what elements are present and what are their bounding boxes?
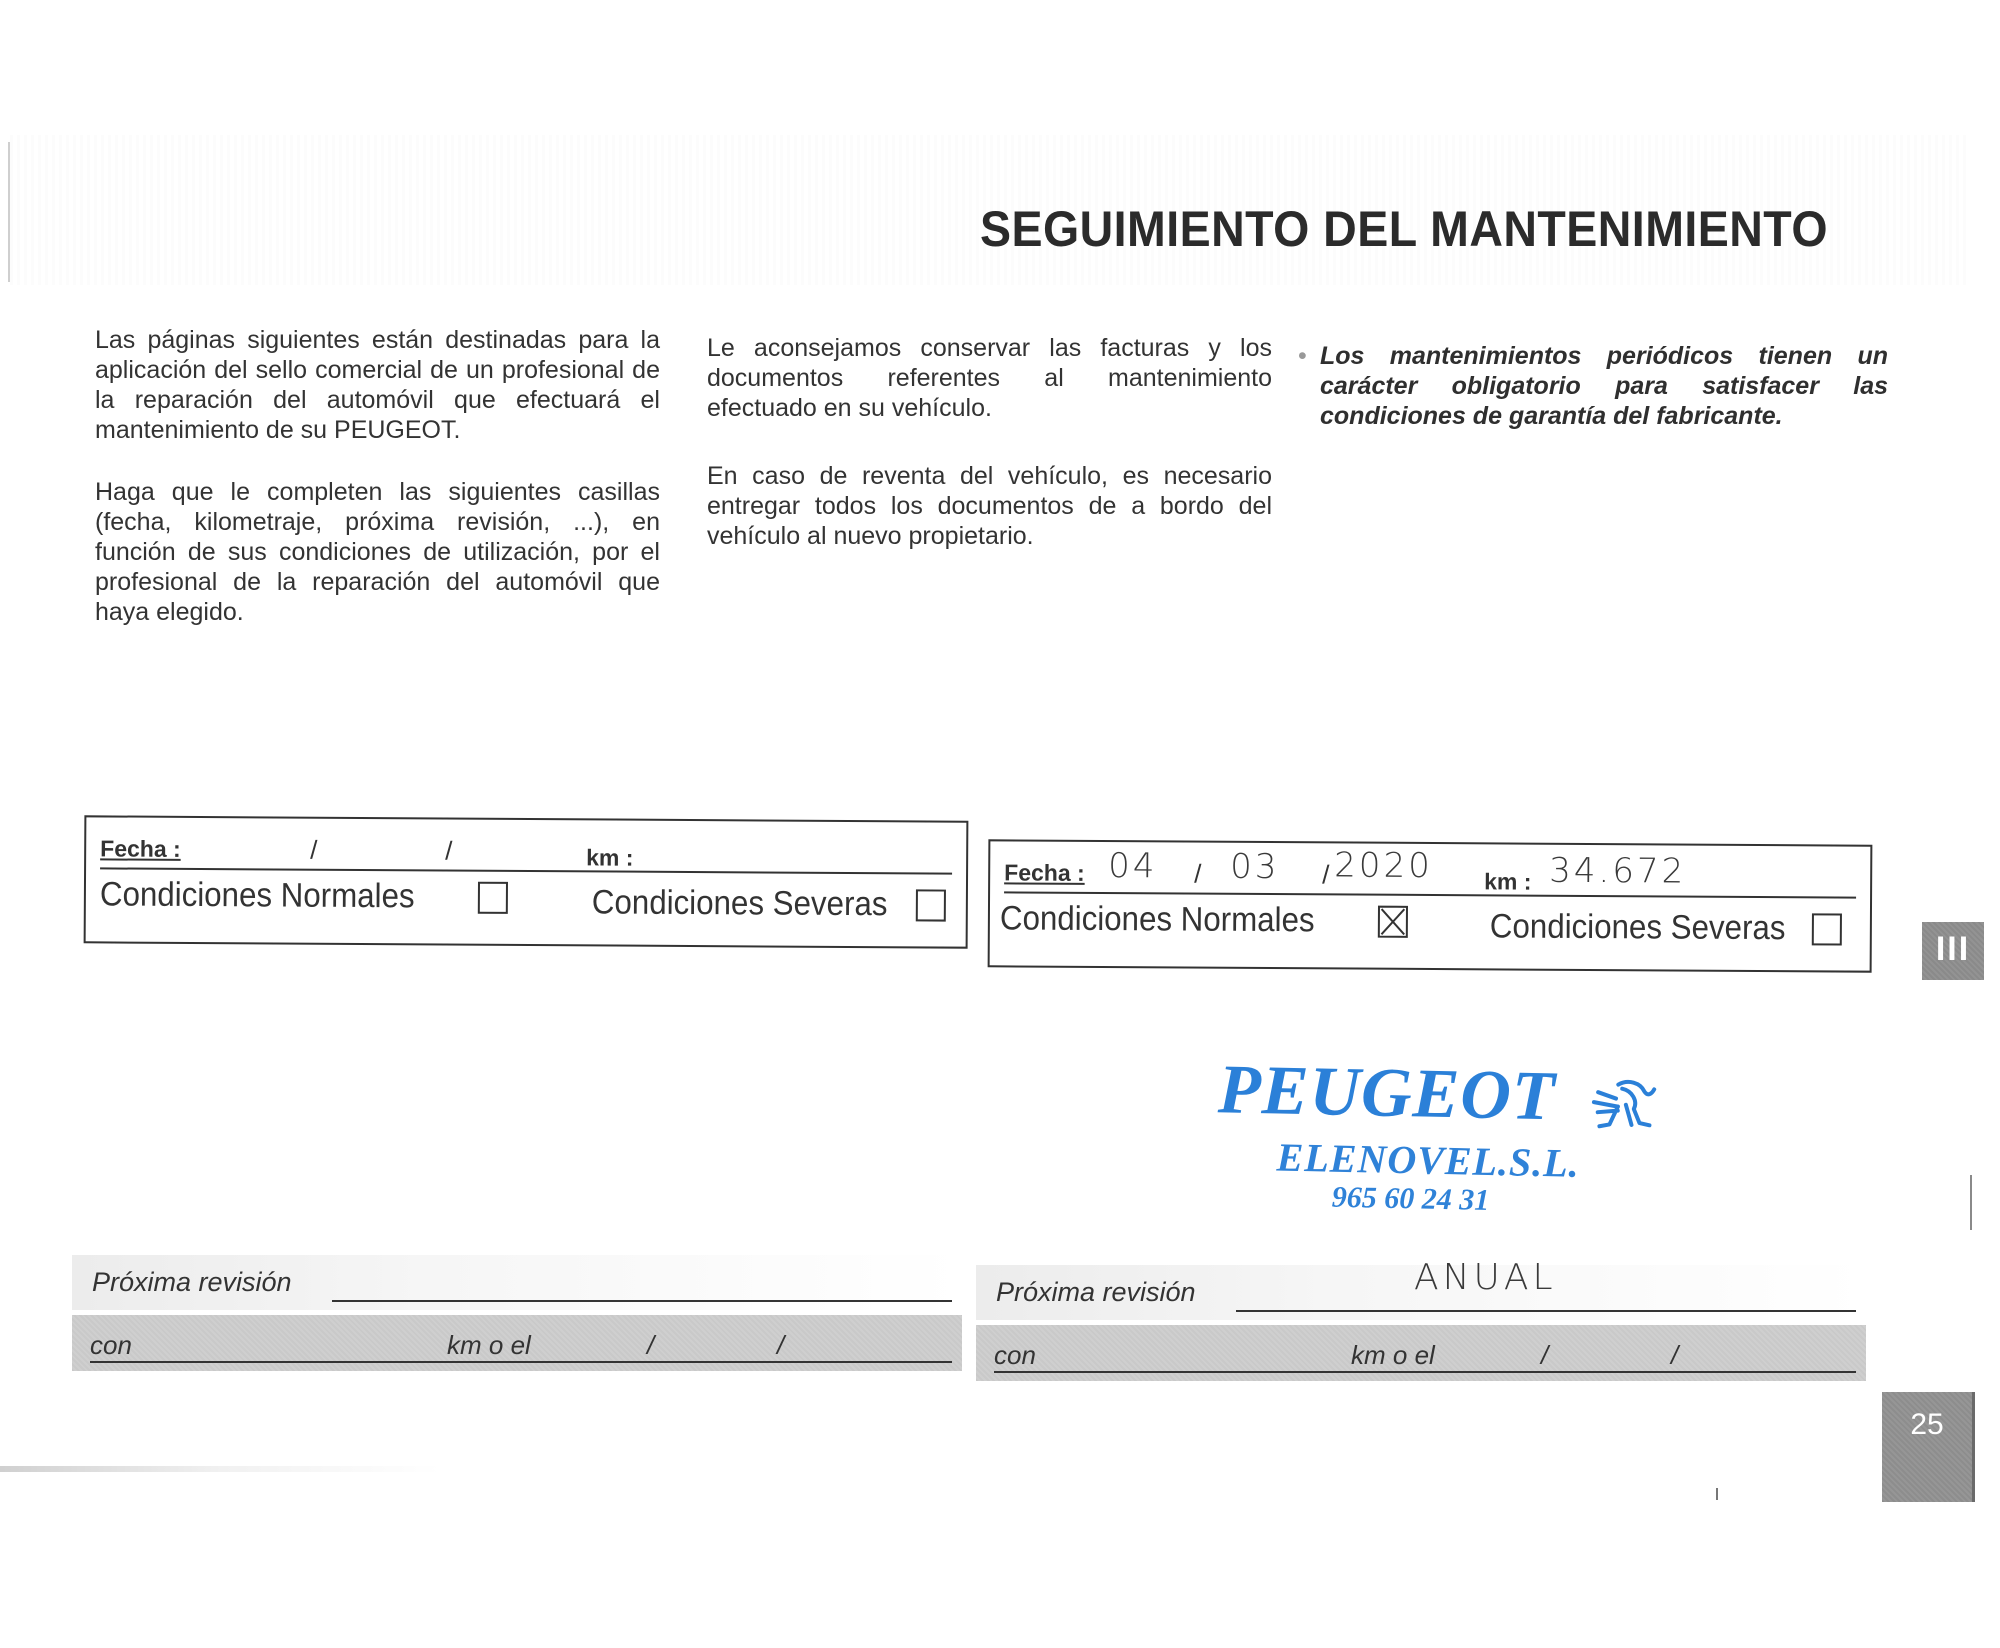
- date-label: Fecha :: [1004, 859, 1085, 886]
- page-number: 25: [1882, 1408, 1972, 1442]
- date-separator: /: [310, 835, 317, 866]
- km-or-on-label: km o el: [447, 1330, 531, 1361]
- with-label: con: [90, 1330, 132, 1361]
- with-label: con: [994, 1340, 1036, 1371]
- next-revision-line: [332, 1300, 952, 1302]
- intro-paragraph: Le aconsejamos conservar las facturas y …: [707, 333, 1272, 423]
- next-revision-label: Próxima revisión: [92, 1267, 292, 1298]
- stamp-company: ELENOVEL.S.L.: [1276, 1133, 1580, 1186]
- scan-streak: [0, 1466, 440, 1472]
- date-km-row: Fecha : / / km :: [100, 827, 952, 874]
- date-label: Fecha :: [100, 835, 181, 862]
- intro-column-1: Las páginas siguientes están destinadas …: [95, 325, 660, 627]
- next-revision-1: Próxima revisión con km o el / /: [72, 1255, 962, 1375]
- normal-conditions-label: Condiciones Normales: [1000, 899, 1315, 940]
- service-record-1: Fecha : / / km : Condiciones Normales Co…: [84, 815, 969, 948]
- scan-mark: [1716, 1488, 1718, 1500]
- date-separator: /: [1671, 1340, 1678, 1371]
- normal-conditions-checkbox[interactable]: [1378, 906, 1408, 938]
- peugeot-lion-icon: [1587, 1078, 1658, 1131]
- next-revision-field[interactable]: ANUAL: [1414, 1257, 1557, 1298]
- date-separator: /: [445, 836, 452, 867]
- severe-conditions-label: Condiciones Severas: [1490, 907, 1786, 948]
- service-record-2: Fecha : 04 / 03 / 2020 km : 34.672 Condi…: [988, 839, 1873, 972]
- intro-paragraph: Las páginas siguientes están destinadas …: [95, 325, 660, 445]
- date-month-field[interactable]: 03: [1230, 847, 1280, 887]
- warranty-note: • Los mantenimientos periódicos tienen u…: [1320, 341, 1888, 431]
- km-or-on-label: km o el: [1351, 1340, 1435, 1371]
- date-separator: /: [647, 1330, 654, 1361]
- chapter-number: III: [1922, 930, 1984, 969]
- warranty-note-text: Los mantenimientos periódicos tienen un …: [1320, 341, 1888, 431]
- date-separator: /: [1541, 1340, 1548, 1371]
- date-separator: /: [777, 1330, 784, 1361]
- page-number-tab: 25: [1882, 1392, 1975, 1502]
- next-revision-2: Próxima revisión ANUAL con km o el / /: [976, 1265, 1866, 1385]
- normal-conditions-checkbox[interactable]: [478, 882, 508, 914]
- dealer-stamp: PEUGEOT ELENOVEL.S.L. 965 60 24 31: [1213, 1050, 1677, 1240]
- next-revision-line: [1236, 1310, 1856, 1312]
- intro-paragraph: En caso de reventa del vehículo, es nece…: [707, 461, 1272, 551]
- km-label: km :: [586, 844, 633, 871]
- km-field[interactable]: 34.672: [1549, 851, 1686, 892]
- severe-conditions-label: Condiciones Severas: [592, 883, 888, 924]
- scan-edge: [8, 142, 10, 282]
- next-km-date-line: [994, 1371, 1856, 1373]
- intro-paragraph: Haga que le completen las siguientes cas…: [95, 477, 660, 627]
- next-km-date-line: [90, 1361, 952, 1363]
- date-separator: /: [1194, 859, 1201, 890]
- intro-column-2: Le aconsejamos conservar las facturas y …: [707, 333, 1272, 551]
- stamp-brand: PEUGEOT: [1217, 1050, 1556, 1137]
- bullet-icon: •: [1298, 341, 1307, 371]
- chapter-tab: III: [1922, 922, 1984, 980]
- date-day-field[interactable]: 04: [1108, 846, 1158, 886]
- normal-conditions-label: Condiciones Normales: [100, 875, 415, 916]
- scan-edge-right: [1970, 1175, 1972, 1230]
- severe-conditions-checkbox[interactable]: [916, 889, 946, 921]
- km-label: km :: [1484, 868, 1531, 895]
- date-km-row: Fecha : 04 / 03 / 2020 km : 34.672: [1004, 851, 1856, 898]
- severe-conditions-checkbox[interactable]: [1812, 913, 1842, 945]
- page-title: SEGUIMIENTO DEL MANTENIMIENTO: [980, 200, 1828, 258]
- date-separator: /: [1322, 859, 1329, 890]
- date-year-field[interactable]: 2020: [1334, 845, 1433, 886]
- next-revision-label: Próxima revisión: [996, 1277, 1196, 1308]
- stamp-phone: 965 60 24 31: [1332, 1181, 1490, 1218]
